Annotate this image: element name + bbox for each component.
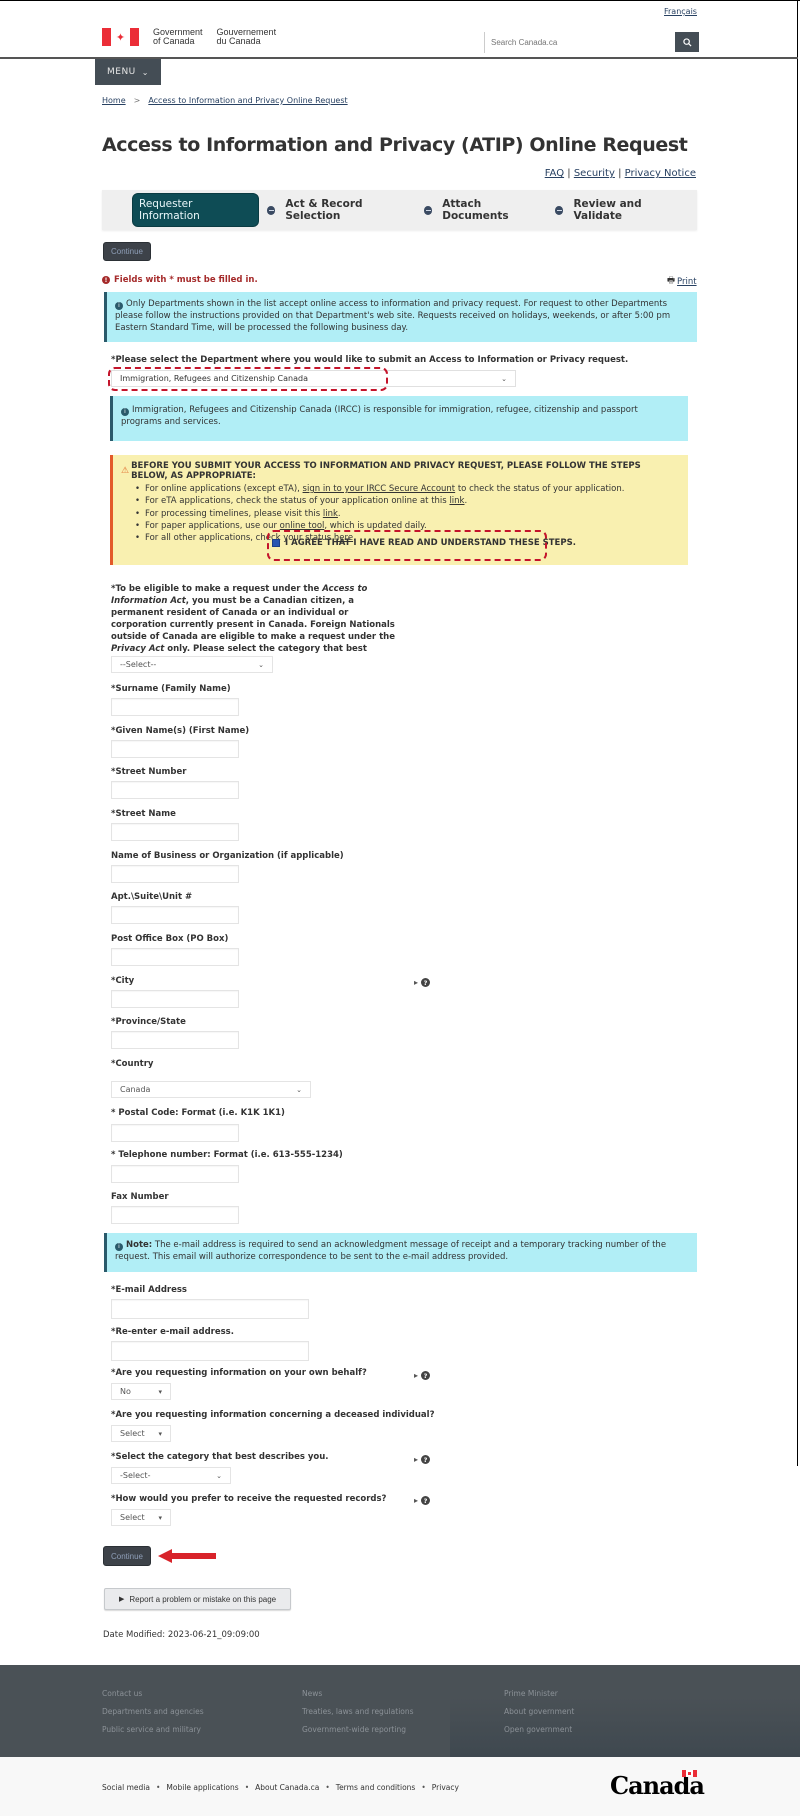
step-act-record-selection[interactable]: Act & Record Selection	[285, 198, 415, 222]
warning-step-link[interactable]: link	[449, 496, 464, 506]
given-names-label: *Given Name(s) (First Name)	[111, 726, 249, 736]
question-circle-icon: ?	[421, 1455, 430, 1464]
po-box-label: Post Office Box (PO Box)	[111, 934, 228, 944]
email-note-alert: iNote: The e-mail address is required to…	[104, 1233, 697, 1272]
site-footer: Contact us Departments and agencies Publ…	[0, 1665, 800, 1757]
search-input[interactable]	[491, 35, 661, 50]
country-select[interactable]: Canada⌄	[111, 1081, 311, 1098]
date-modified: Date Modified: 2023-06-21_09:09:00	[103, 1630, 260, 1640]
link-separator: |	[618, 168, 621, 179]
fax-input[interactable]	[111, 1206, 239, 1224]
footer-link[interactable]: Contact us	[102, 1685, 204, 1703]
deceased-select[interactable]: Select▾	[111, 1425, 171, 1442]
steps-warning-alert: ⚠BEFORE YOU SUBMIT YOUR ACCESS TO INFORM…	[110, 455, 688, 565]
footer-landscape-image	[450, 1697, 800, 1757]
triangle-right-icon: ▸	[414, 1455, 418, 1464]
receive-records-help[interactable]: ▸?	[414, 1496, 430, 1505]
menu-label: MENU	[107, 67, 136, 77]
security-link[interactable]: Security	[574, 168, 615, 179]
warning-step-link[interactable]: online tool	[280, 521, 325, 531]
question-circle-icon: ?	[421, 978, 430, 987]
separator-dot: •	[421, 1783, 425, 1792]
printer-icon: 🖶	[667, 275, 675, 289]
link-separator: |	[567, 168, 570, 179]
brand-text-en: Governmentof Canada	[153, 28, 203, 46]
street-name-label: *Street Name	[111, 809, 176, 819]
warning-step-link[interactable]: sign in to your IRCC Secure Account	[303, 484, 456, 494]
fax-label: Fax Number	[111, 1192, 169, 1202]
eligibility-label: *To be eligible to make a request under …	[111, 583, 401, 667]
sub-footer-link[interactable]: Terms and conditions	[336, 1783, 416, 1792]
question-circle-icon: ?	[421, 1496, 430, 1505]
footer-link[interactable]: Prime Minister	[504, 1685, 574, 1703]
email-confirm-input[interactable]	[111, 1341, 309, 1361]
continue-button[interactable]: Continue	[103, 1546, 151, 1566]
deceased-label: *Are you requesting information concerni…	[111, 1410, 435, 1420]
chevron-down-icon: ⌄	[216, 1472, 222, 1480]
postal-code-input[interactable]	[111, 1124, 239, 1142]
info-icon: i	[115, 1243, 123, 1251]
agree-label: I AGREE THAT I HAVE READ AND UNDERSTAND …	[285, 538, 576, 548]
canada-flag-icon: ✦	[102, 28, 139, 46]
business-label: Name of Business or Organization (if app…	[111, 851, 344, 861]
footer-column-1: Contact us Departments and agencies Publ…	[102, 1685, 204, 1739]
step-requester-information[interactable]: Requester Information	[132, 193, 259, 227]
triangle-right-icon: ▸	[414, 978, 418, 987]
footer-link[interactable]: About government	[504, 1703, 574, 1721]
department-select[interactable]: Immigration, Refugees and Citizenship Ca…	[111, 370, 516, 387]
checkbox-checked[interactable]	[272, 539, 280, 547]
window-frame-top	[0, 0, 800, 1]
print-label[interactable]: Print	[677, 277, 697, 287]
po-box-input[interactable]	[111, 948, 239, 966]
step-arrow-icon	[267, 206, 276, 215]
chevron-down-icon: ⌄	[258, 661, 264, 669]
street-number-label: *Street Number	[111, 767, 186, 777]
given-names-input[interactable]	[111, 740, 239, 758]
government-brand[interactable]: ✦ Governmentof Canada Gouvernementdu Can…	[102, 28, 276, 46]
email-input[interactable]	[111, 1299, 309, 1319]
help-links: FAQ | Security | Privacy Notice	[545, 168, 696, 179]
footer-link[interactable]: Treaties, laws and regulations	[302, 1703, 414, 1721]
warning-step-item: For processing timelines, please visit t…	[135, 508, 680, 520]
sub-footer-link[interactable]: About Canada.ca	[255, 1783, 319, 1792]
chevron-down-icon: ▾	[158, 1514, 162, 1522]
step-arrow-icon	[424, 206, 433, 215]
warning-steps-list: For online applications (except eTA), si…	[135, 483, 680, 544]
footer-link[interactable]: News	[302, 1685, 414, 1703]
breadcrumb-separator: >	[134, 96, 141, 105]
step-attach-documents[interactable]: Attach Documents	[442, 198, 547, 222]
agree-checkbox[interactable]: I AGREE THAT I HAVE READ AND UNDERSTAND …	[272, 538, 576, 548]
receive-records-label: *How would you prefer to receive the req…	[111, 1494, 387, 1504]
sub-footer-link[interactable]: Privacy	[432, 1783, 459, 1792]
province-input[interactable]	[111, 1031, 239, 1049]
chevron-down-icon: ⌄	[142, 68, 149, 77]
apt-input[interactable]	[111, 906, 239, 924]
eligibility-category-select[interactable]: --Select--⌄	[111, 656, 273, 673]
chevron-down-icon: ▾	[158, 1388, 162, 1396]
sub-footer-link[interactable]: Mobile applications	[166, 1783, 238, 1792]
print-link[interactable]: 🖶 Print	[667, 275, 697, 289]
footer-link[interactable]: Government-wide reporting	[302, 1721, 414, 1739]
warning-step-link[interactable]: link	[323, 509, 338, 519]
telephone-input[interactable]	[111, 1165, 239, 1183]
footer-column-2: News Treaties, laws and regulations Gove…	[302, 1685, 414, 1739]
footer-column-3: Prime Minister About government Open gov…	[504, 1685, 574, 1739]
telephone-label: * Telephone number: Format (i.e. 613-555…	[111, 1150, 343, 1160]
triangle-right-icon: ▸	[414, 1496, 418, 1505]
warning-step-item: For online applications (except eTA), si…	[135, 483, 680, 495]
magnifier-icon	[683, 38, 692, 47]
triangle-right-icon: ▶	[119, 1595, 124, 1603]
footer-link[interactable]: Open government	[504, 1721, 574, 1739]
progress-steps: Requester Information Act & Record Selec…	[102, 190, 697, 230]
warning-triangle-icon: ⚠	[121, 466, 129, 476]
departments-info-alert: iOnly Departments shown in the list acce…	[104, 292, 697, 342]
chevron-down-icon: ⌄	[501, 375, 507, 383]
sub-footer-links: Social media•Mobile applications•About C…	[102, 1783, 459, 1792]
own-behalf-label: *Are you requesting information on your …	[111, 1368, 367, 1378]
privacy-notice-link[interactable]: Privacy Notice	[625, 168, 696, 179]
street-name-input[interactable]	[111, 823, 239, 841]
breadcrumb-home[interactable]: Home	[102, 96, 126, 105]
chevron-down-icon: ⌄	[296, 1086, 302, 1094]
canada-flag-icon	[682, 1770, 697, 1777]
separator-dot: •	[245, 1783, 249, 1792]
ircc-info-alert: iImmigration, Refugees and Citizenship C…	[110, 396, 688, 441]
category-select[interactable]: -Select-⌄	[111, 1467, 231, 1484]
page-title: Access to Information and Privacy (ATIP)…	[102, 134, 687, 156]
site-search	[484, 32, 698, 53]
warning-step-item: For paper applications, use our online t…	[135, 520, 680, 532]
required-fields-note: ! Fields with * must be filled in.	[102, 275, 258, 285]
street-number-input[interactable]	[111, 781, 239, 799]
sub-footer-link[interactable]: Social media	[102, 1783, 150, 1792]
sub-footer: Social media•Mobile applications•About C…	[0, 1757, 800, 1816]
category-help[interactable]: ▸?	[414, 1455, 430, 1464]
language-toggle-link[interactable]: Français	[664, 7, 697, 16]
report-problem-button[interactable]: ▶Report a problem or mistake on this pag…	[104, 1588, 291, 1610]
brand-text-fr: Gouvernementdu Canada	[217, 28, 277, 46]
business-input[interactable]	[111, 865, 239, 883]
province-label: *Province/State	[111, 1017, 186, 1027]
breadcrumb-current[interactable]: Access to Information and Privacy Online…	[148, 96, 347, 105]
chevron-down-icon: ▾	[158, 1430, 162, 1438]
footer-link[interactable]: Departments and agencies	[102, 1703, 204, 1721]
own-behalf-help[interactable]: ▸?	[414, 1371, 430, 1380]
separator-dot: •	[156, 1783, 160, 1792]
city-input[interactable]	[111, 990, 239, 1008]
surname-input[interactable]	[111, 698, 239, 716]
email-label: *E-mail Address	[111, 1285, 187, 1295]
red-arrow-annotation-icon	[158, 1548, 218, 1564]
search-button[interactable]	[675, 32, 699, 52]
info-icon: i	[121, 408, 129, 416]
menu-button[interactable]: MENU ⌄	[95, 59, 161, 85]
triangle-right-icon: ▸	[414, 1371, 418, 1380]
surname-label: *Surname (Family Name)	[111, 684, 231, 694]
step-arrow-icon	[555, 206, 564, 215]
postal-code-label: * Postal Code: Format (i.e. K1K 1K1)	[111, 1108, 285, 1118]
department-label: *Please select the Department where you …	[111, 355, 628, 365]
faq-link[interactable]: FAQ	[545, 168, 564, 179]
email-confirm-label: *Re-enter e-mail address.	[111, 1327, 234, 1337]
footer-link[interactable]: Public service and military	[102, 1721, 204, 1739]
category-label: *Select the category that best describes…	[111, 1452, 329, 1462]
info-icon: i	[115, 302, 123, 310]
breadcrumb: Home > Access to Information and Privacy…	[102, 96, 348, 105]
apt-label: Apt.\Suite\Unit #	[111, 892, 192, 902]
country-label: *Country	[111, 1059, 153, 1069]
window-frame-right	[797, 0, 798, 1466]
receive-records-select[interactable]: Select▾	[111, 1509, 171, 1526]
city-help[interactable]: ▸?	[414, 978, 430, 987]
continue-button-top[interactable]: Continue	[103, 242, 151, 261]
step-review-validate[interactable]: Review and Validate	[573, 198, 689, 222]
separator-dot: •	[325, 1783, 329, 1792]
warning-step-item: For eTA applications, check the status o…	[135, 495, 680, 507]
exclamation-circle-icon: !	[102, 276, 110, 284]
question-circle-icon: ?	[421, 1371, 430, 1380]
own-behalf-select[interactable]: No▾	[111, 1383, 171, 1400]
city-label: *City	[111, 976, 134, 986]
